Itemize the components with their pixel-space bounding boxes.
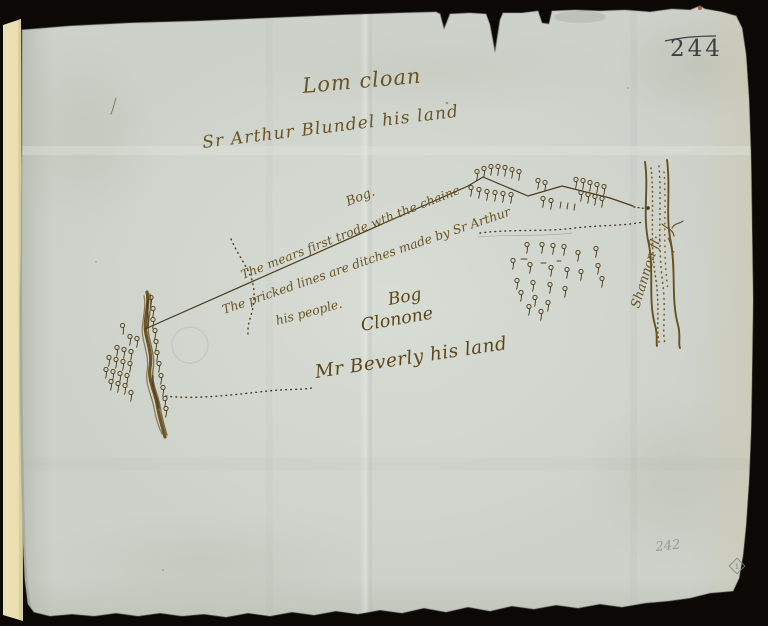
manuscript-scan: Lom cloan Sr Arthur Blundel his land Bog… xyxy=(0,0,768,626)
manuscript-map-svg: Lom cloan Sr Arthur Blundel his land Bog… xyxy=(0,0,768,626)
stamp-mark: 1 xyxy=(735,563,739,571)
folio-number: 244 xyxy=(670,36,723,62)
pencil-foliation: 242 xyxy=(654,537,681,555)
